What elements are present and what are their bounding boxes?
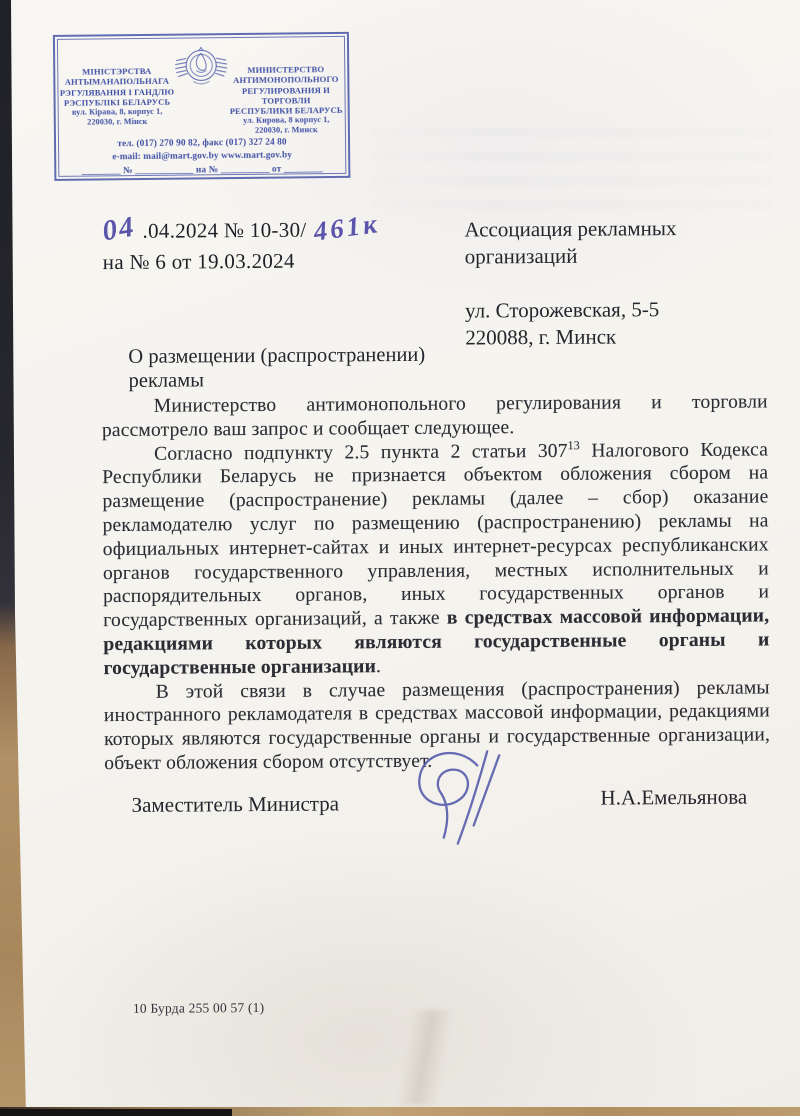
signature-icon bbox=[405, 745, 516, 855]
handwritten-day: 04 bbox=[100, 210, 138, 248]
executor-code: 10 Бурда 255 00 57 (1) bbox=[133, 1000, 264, 1017]
stamp-column-belarusian: МІНІСТЭРСТВА АНТЫМАНАПОЛЬНАГА РЭГУЛЯВАНН… bbox=[58, 66, 176, 139]
recipient-block: Ассоциация рекламных организаций ул. Сто… bbox=[464, 215, 677, 351]
stamp-line: АНТЫМАНАПОЛЬНАГА bbox=[58, 76, 175, 88]
stamp-column-russian: МИНИСТЕРСТВО АНТИМОНОПОЛЬНОГО РЕГУЛИРОВА… bbox=[227, 64, 345, 137]
body-paragraph-1: Министерство антимонопольного регулирова… bbox=[102, 390, 768, 442]
signer-title: Заместитель Министра bbox=[131, 791, 339, 817]
outgoing-number-line: 04 .04.2024 № 10-30/ 461к bbox=[102, 211, 379, 246]
recipient-address-line: ул. Сторожевская, 5-5 bbox=[465, 296, 677, 324]
stamp-line: АНТИМОНОПОЛЬНОГО bbox=[227, 74, 344, 86]
stamp-address-line: вул. Кірава, 8, корпус 1, bbox=[59, 107, 176, 118]
recipient-name-line: Ассоциация рекламных bbox=[464, 215, 676, 243]
scanned-letter-page: МІНІСТЭРСТВА АНТЫМАНАПОЛЬНАГА РЭГУЛЯВАНН… bbox=[0, 0, 800, 1116]
stamp-address-line: 220030, г. Мінск bbox=[59, 117, 176, 128]
printed-number: .04.2024 № 10-30/ bbox=[142, 218, 306, 244]
recipient-name-line: организаций bbox=[465, 242, 677, 270]
reverse-side-bleed-through bbox=[372, 128, 774, 216]
recipient-address-line: 220088, г. Минск bbox=[465, 323, 677, 351]
coat-of-arms-icon bbox=[173, 43, 230, 103]
signer-name: Н.А.Емельянова bbox=[600, 785, 747, 811]
subject-block: О размещении (распространении) рекламы bbox=[128, 343, 425, 393]
handwritten-number: 461к bbox=[312, 208, 382, 247]
reference-block: 04 .04.2024 № 10-30/ 461к на № 6 от 19.0… bbox=[102, 211, 380, 275]
stamp-inner-border: МІНІСТЭРСТВА АНТЫМАНАПОЛЬНАГА РЭГУЛЯВАНН… bbox=[57, 36, 346, 177]
stamp-email-line: e-mail: mail@mart.gov.by www.mart.gov.by bbox=[59, 150, 345, 163]
stamp-address-line: ул. Кирова, 8 корпус 1, bbox=[228, 115, 345, 126]
body-paragraph-2: Согласно подпункту 2.5 пункта 2 статьи 3… bbox=[102, 438, 770, 681]
reply-reference-line: на № 6 от 19.03.2024 bbox=[103, 248, 380, 275]
stamp-address-line: 220030, г. Минск bbox=[228, 125, 345, 136]
stamp-number-fields: ________ № ____________ на № __________ … bbox=[59, 164, 345, 177]
stamp-phone-line: тел. (017) 270 90 82, факс (017) 327 24 … bbox=[59, 137, 345, 150]
scan-edge-bottom-dark bbox=[0, 1109, 232, 1116]
paper-crease bbox=[330, 1010, 520, 1105]
letter-body: Министерство антимонопольного регулирова… bbox=[102, 390, 771, 775]
subject-line: рекламы bbox=[128, 367, 425, 393]
stamp-line: РЕГУЛИРОВАНИЯ И ТОРГОВЛИ bbox=[227, 84, 344, 106]
subject-line: О размещении (распространении) bbox=[128, 343, 425, 369]
ministry-corner-stamp: МІНІСТЭРСТВА АНТЫМАНАПОЛЬНАГА РЭГУЛЯВАНН… bbox=[53, 32, 351, 181]
